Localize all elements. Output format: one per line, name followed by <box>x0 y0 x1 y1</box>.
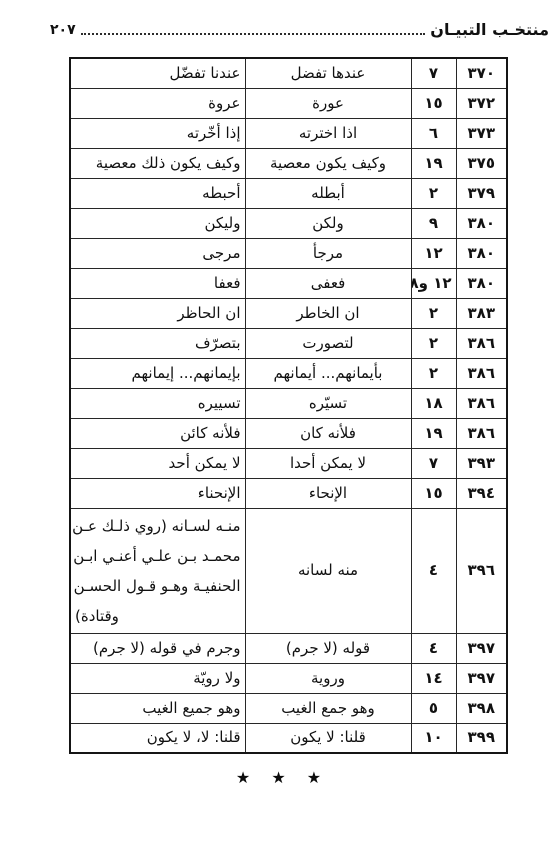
error-text-cell: ولكن <box>245 208 411 238</box>
correction-text-cell: منـه لسـانه (روي ذلـك عـنمحمـد بـن علـي … <box>70 508 245 633</box>
errata-row: ٣٩٧١٤ورويةولا رويّة <box>70 663 507 693</box>
error-text-cell: منه لسانه <box>245 508 411 633</box>
line-number-cell: ١٩ <box>411 148 456 178</box>
correction-text-cell: مرجى <box>70 238 245 268</box>
page-number-cell: ٣٩٧ <box>456 663 507 693</box>
running-head: منتخـب التبيـان ٢٠٧ <box>50 20 549 39</box>
section-end-stars: ★ ★ ★ <box>0 768 557 787</box>
correction-text-cell: إذا أخّرته <box>70 118 245 148</box>
line-number-cell: ٩ <box>411 208 456 238</box>
page-number-cell: ٣٨٦ <box>456 388 507 418</box>
correction-line: محمـد بـن علـي أعنـي ابـن <box>75 541 241 571</box>
page-number-cell: ٣٨٠ <box>456 238 507 268</box>
line-number-cell: ١٤ <box>411 663 456 693</box>
errata-row: ٣٨٠١٢ و١٨فعفىفعفا <box>70 268 507 298</box>
page-number-cell: ٣٨٠ <box>456 268 507 298</box>
correction-text-cell: وهو جميع الغيب <box>70 693 245 723</box>
line-number-cell: ٢ <box>411 178 456 208</box>
page-number-cell: ٣٨٦ <box>456 358 507 388</box>
errata-table: ٣٧٠٧عندها تفضلعندنا تفضّل٣٧٢١٥عورةعروة٣٧… <box>69 57 508 754</box>
correction-text-cell: عروة <box>70 88 245 118</box>
line-number-cell: ٢ <box>411 358 456 388</box>
errata-row: ٣٩٨٥وهو جمع الغيبوهو جميع الغيب <box>70 693 507 723</box>
correction-line: الحنفيـة وهـو قـول الحسـن <box>75 571 241 601</box>
page-number-cell: ٣٨٠ <box>456 208 507 238</box>
page-number-cell: ٣٨٦ <box>456 328 507 358</box>
correction-text-cell: عندنا تفضّل <box>70 58 245 88</box>
dot-leader <box>81 33 426 35</box>
correction-text-cell: الإنحناء <box>70 478 245 508</box>
errata-row: ٣٩٩١٠قلنا: لا يكونقلنا: لا، لا يكون <box>70 723 507 753</box>
error-text-cell: فعفى <box>245 268 411 298</box>
error-text-cell: تسيّره <box>245 388 411 418</box>
errata-row: ٣٧٢١٥عورةعروة <box>70 88 507 118</box>
errata-row: ٣٨٠١٢مرجأمرجى <box>70 238 507 268</box>
errata-row: ٣٩٧٤قوله (لا جرم)وجرم في قوله (لا جرم) <box>70 633 507 663</box>
page-number-cell: ٣٩٩ <box>456 723 507 753</box>
correction-text-cell: فعفا <box>70 268 245 298</box>
error-text-cell: عندها تفضل <box>245 58 411 88</box>
error-text-cell: لتصورت <box>245 328 411 358</box>
page-number-cell: ٣٩٨ <box>456 693 507 723</box>
error-text-cell: قوله (لا جرم) <box>245 633 411 663</box>
errata-row: ٣٧٠٧عندها تفضلعندنا تفضّل <box>70 58 507 88</box>
page-number-cell: ٣٩٤ <box>456 478 507 508</box>
correction-text-cell: ولا رويّة <box>70 663 245 693</box>
correction-text-cell: وليكن <box>70 208 245 238</box>
line-number-cell: ٢ <box>411 328 456 358</box>
errata-row: ٣٨٦٢لتصورتبتصرّف <box>70 328 507 358</box>
errata-row: ٣٨٦١٨تسيّرهتسييره <box>70 388 507 418</box>
correction-text-cell: بتصرّف <box>70 328 245 358</box>
correction-text-cell: فلأنه كائن <box>70 418 245 448</box>
correction-text-cell: أحبطه <box>70 178 245 208</box>
line-number-cell: ٤ <box>411 633 456 663</box>
errata-row: ٣٩٣٧لا يمكن أحدالا يمكن أحد <box>70 448 507 478</box>
line-number-cell: ١٢ <box>411 238 456 268</box>
scanned-book-page: منتخـب التبيـان ٢٠٧ ٣٧٠٧عندها تفضلعندنا … <box>0 0 557 850</box>
line-number-cell: ١٠ <box>411 723 456 753</box>
errata-row: ٣٨٦١٩فلأنه كانفلأنه كائن <box>70 418 507 448</box>
line-number-cell: ١٢ و١٨ <box>411 268 456 298</box>
page-number-cell: ٣٨٦ <box>456 418 507 448</box>
error-text-cell: لا يمكن أحدا <box>245 448 411 478</box>
page-number-cell: ٣٧٣ <box>456 118 507 148</box>
error-text-cell: وهو جمع الغيب <box>245 693 411 723</box>
correction-text-cell: قلنا: لا، لا يكون <box>70 723 245 753</box>
correction-text-cell: تسييره <box>70 388 245 418</box>
error-text-cell: عورة <box>245 88 411 118</box>
errata-table-body: ٣٧٠٧عندها تفضلعندنا تفضّل٣٧٢١٥عورةعروة٣٧… <box>70 58 507 753</box>
page-number-cell: ٣٨٣ <box>456 298 507 328</box>
correction-text-cell: ان الحاظر <box>70 298 245 328</box>
line-number-cell: ٦ <box>411 118 456 148</box>
line-number-cell: ٧ <box>411 58 456 88</box>
error-text-cell: اذا اخترته <box>245 118 411 148</box>
line-number-cell: ٥ <box>411 693 456 723</box>
line-number-cell: ١٨ <box>411 388 456 418</box>
errata-row: ٣٨٣٢ان الخاطران الحاظر <box>70 298 507 328</box>
line-number-cell: ١٥ <box>411 88 456 118</box>
error-text-cell: ان الخاطر <box>245 298 411 328</box>
error-text-cell: الإنحاء <box>245 478 411 508</box>
errata-row: ٣٩٤١٥الإنحاءالإنحناء <box>70 478 507 508</box>
correction-text-cell: وكيف يكون ذلك معصية <box>70 148 245 178</box>
correction-line: وقتادة) <box>75 601 241 631</box>
errata-row: ٣٨٠٩ولكنوليكن <box>70 208 507 238</box>
errata-row: ٣٧٥١٩وكيف يكون معصيةوكيف يكون ذلك معصية <box>70 148 507 178</box>
line-number-cell: ١٥ <box>411 478 456 508</box>
correction-text-cell: بإيمانهم... إيمانهم <box>70 358 245 388</box>
error-text-cell: وكيف يكون معصية <box>245 148 411 178</box>
errata-row: ٣٨٦٢بأيمانهم... أيمانهمبإيمانهم... إيمان… <box>70 358 507 388</box>
page-number-cell: ٣٧٥ <box>456 148 507 178</box>
errata-row: ٣٧٩٢أبطلهأحبطه <box>70 178 507 208</box>
correction-line: منـه لسـانه (روي ذلـك عـن <box>75 511 241 541</box>
error-text-cell: بأيمانهم... أيمانهم <box>245 358 411 388</box>
correction-text-cell: لا يمكن أحد <box>70 448 245 478</box>
page-number-cell: ٣٩٧ <box>456 633 507 663</box>
error-text-cell: فلأنه كان <box>245 418 411 448</box>
page-number-cell: ٣٧٩ <box>456 178 507 208</box>
line-number-cell: ٤ <box>411 508 456 633</box>
error-text-cell: مرجأ <box>245 238 411 268</box>
errata-row: ٣٩٦٤منه لسانهمنـه لسـانه (روي ذلـك عـنمح… <box>70 508 507 633</box>
page-number-cell: ٣٩٦ <box>456 508 507 633</box>
line-number-cell: ٢ <box>411 298 456 328</box>
page-number: ٢٠٧ <box>50 22 76 39</box>
page-number-cell: ٣٧٠ <box>456 58 507 88</box>
error-text-cell: أبطله <box>245 178 411 208</box>
page-number-cell: ٣٧٢ <box>456 88 507 118</box>
error-text-cell: قلنا: لا يكون <box>245 723 411 753</box>
line-number-cell: ٧ <box>411 448 456 478</box>
errata-row: ٣٧٣٦اذا اخترتهإذا أخّرته <box>70 118 507 148</box>
correction-text-cell: وجرم في قوله (لا جرم) <box>70 633 245 663</box>
book-title: منتخـب التبيـان <box>430 20 549 39</box>
line-number-cell: ١٩ <box>411 418 456 448</box>
error-text-cell: وروية <box>245 663 411 693</box>
page-number-cell: ٣٩٣ <box>456 448 507 478</box>
